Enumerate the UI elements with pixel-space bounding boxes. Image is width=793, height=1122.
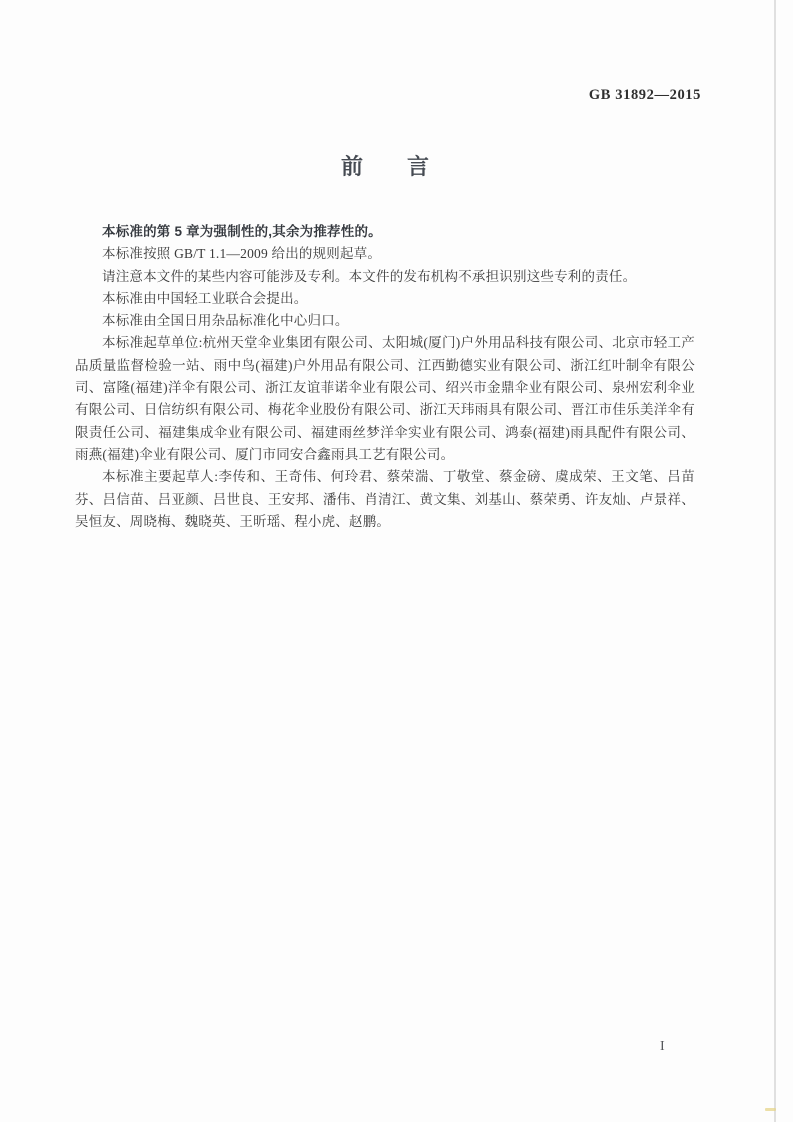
standard-number: GB 31892—2015 bbox=[75, 87, 701, 104]
page-number: I bbox=[660, 1039, 665, 1055]
paragraph-drafting-rule-note: 本标准按照 GB/T 1.1—2009 给出的规则起草。 bbox=[75, 243, 695, 265]
scan-artifact-mark bbox=[765, 1108, 776, 1111]
foreword-body: 本标准的第 5 章为强制性的,其余为推荐性的。 本标准按照 GB/T 1.1—2… bbox=[75, 221, 695, 533]
paragraph-mandatory-clause-note: 本标准的第 5 章为强制性的,其余为推荐性的。 bbox=[75, 221, 695, 243]
paragraph-main-drafters: 本标准主要起草人:李传和、王奇伟、何玲君、蔡荣湍、丁敬堂、蔡金磅、虞成荣、王文笔… bbox=[75, 466, 695, 533]
paragraph-proposer-note: 本标准由中国轻工业联合会提出。 bbox=[75, 288, 695, 310]
page-title: 前 言 bbox=[75, 150, 695, 181]
document-page: GB 31892—2015 前 言 本标准的第 5 章为强制性的,其余为推荐性的… bbox=[0, 0, 793, 1122]
paragraph-patent-note: 请注意本文件的某些内容可能涉及专利。本文件的发布机构不承担识别这些专利的责任。 bbox=[75, 266, 695, 288]
paragraph-drafting-organizations: 本标准起草单位:杭州天堂伞业集团有限公司、太阳城(厦门)户外用品科技有限公司、北… bbox=[75, 332, 695, 466]
scan-edge-line bbox=[774, 0, 776, 1122]
paragraph-centralized-body-note: 本标准由全国日用杂品标准化中心归口。 bbox=[75, 310, 695, 332]
